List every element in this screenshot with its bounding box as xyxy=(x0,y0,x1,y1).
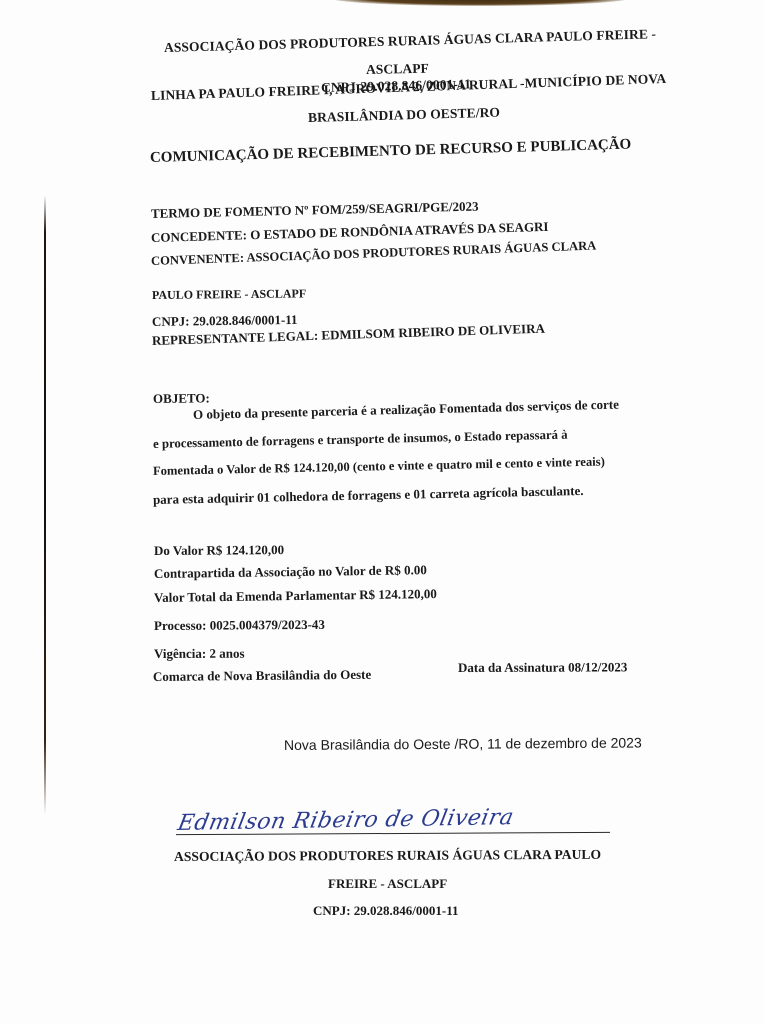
processo: Processo: 0025.004379/2023-43 xyxy=(154,617,325,634)
convenente-line2: PAULO FREIRE - ASCLAPF xyxy=(152,286,306,303)
photo-top-edge xyxy=(330,0,630,6)
header-address-line2: BRASILÂNDIA DO OESTE/RO xyxy=(308,105,500,126)
document-title: COMUNICAÇÃO DE RECEBIMENTO DE RECURSO E … xyxy=(150,137,632,167)
objeto-line-3: Fomentada o Valor de R$ 124.120,00 (cent… xyxy=(153,455,605,479)
contrapartida: Contrapartida da Associação no Valor de … xyxy=(154,562,427,582)
objeto-line-2: e processamento de forragens e transport… xyxy=(153,428,568,452)
valor-total-emenda: Valor Total da Emenda Parlamentar R$ 124… xyxy=(154,586,437,606)
header-org-name-line2: ASCLAPF xyxy=(366,61,429,78)
objeto-line-1: O objeto da presente parceria é a realiz… xyxy=(193,397,619,423)
header-org-name-line1: ASSOCIAÇÃO DOS PRODUTORES RURAIS ÁGUAS C… xyxy=(164,26,656,56)
place-and-date: Nova Brasilândia do Oeste /RO, 11 de dez… xyxy=(284,735,642,753)
comarca: Comarca de Nova Brasilândia do Oeste xyxy=(153,667,371,685)
signature-org-line2: FREIRE - ASCLAPF xyxy=(328,876,447,892)
signature-cnpj: CNPJ: 29.028.846/0001-11 xyxy=(313,903,459,919)
do-valor: Do Valor R$ 124.120,00 xyxy=(154,542,284,559)
termo-de-fomento: TERMO DE FOMENTO Nº FOM/259/SEAGRI/PGE/2… xyxy=(151,199,479,222)
data-da-assinatura: Data da Assinatura 08/12/2023 xyxy=(458,659,627,676)
signature-org-line1: ASSOCIAÇÃO DOS PRODUTORES RURAIS ÁGUAS C… xyxy=(174,847,601,865)
vigencia: Vigência: 2 anos xyxy=(154,646,245,662)
objeto-label: OBJETO: xyxy=(153,390,210,407)
document-page: ASSOCIAÇÃO DOS PRODUTORES RURAIS ÁGUAS C… xyxy=(0,0,764,1024)
paper-left-edge xyxy=(44,195,46,815)
details-cnpj: CNPJ: 29.028.846/0001-11 xyxy=(152,312,298,330)
objeto-line-4: para esta adquirir 01 colhedora de forra… xyxy=(153,483,584,508)
handwritten-signature: Edmilson Ribeiro de Oliveira xyxy=(176,805,516,836)
